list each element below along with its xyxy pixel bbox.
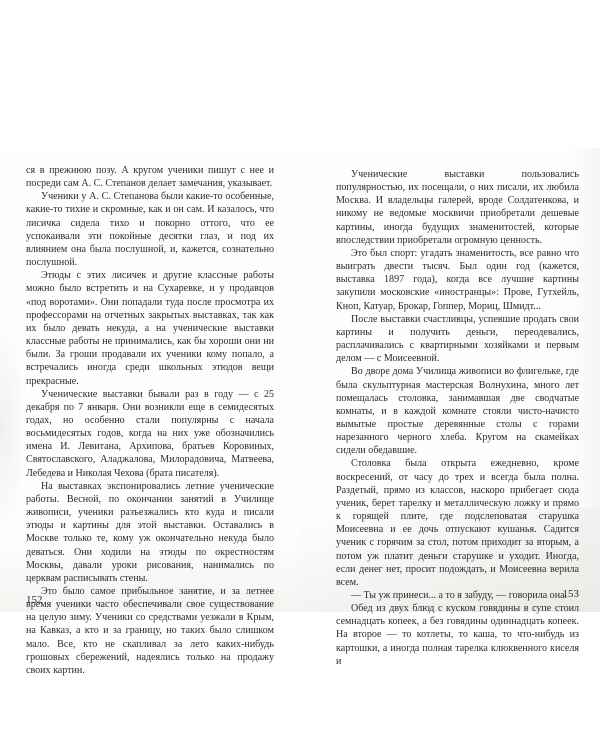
paragraph: Столовка была открыта ежедневно, кроме в… (336, 457, 579, 589)
paragraph: Этюды с этих лисичек и другие классные р… (26, 269, 274, 387)
paragraph: Это было самое прибыльное занятие, и за … (26, 585, 274, 677)
paragraph: Ученические выставки бывали раз в году —… (26, 388, 274, 480)
paragraph: Ученические выставки пользовались популя… (336, 168, 579, 247)
page-shadow (0, 328, 26, 528)
paragraph: После выставки счастливцы, успевшие прод… (336, 313, 579, 366)
right-page-body: Ученические выставки пользовались популя… (336, 168, 579, 668)
page-number: 152 (26, 594, 43, 606)
page-number: 153 (563, 588, 580, 600)
paragraph: Во дворе дома Училища живописи во флигел… (336, 365, 579, 457)
left-page-body: ся в прежнюю позу. А кругом ученики пишу… (26, 164, 274, 677)
paragraph: Ученики у А. С. Степанова были какие-то … (26, 190, 274, 269)
paragraph: На выставках экспонировались летние учен… (26, 480, 274, 585)
paragraph: Обед из двух блюд с куском говядины в су… (336, 602, 579, 668)
book-spread: ся в прежнюю позу. А кругом ученики пишу… (0, 148, 600, 612)
paragraph: — Ты уж принеси... а то я забуду, — гово… (336, 589, 579, 602)
paragraph: Это был спорт: угадать знаменитость, все… (336, 247, 579, 313)
left-page: ся в прежнюю позу. А кругом ученики пишу… (26, 148, 274, 612)
paragraph: ся в прежнюю позу. А кругом ученики пишу… (26, 164, 274, 190)
right-page: Ученические выставки пользовались популя… (336, 148, 579, 612)
